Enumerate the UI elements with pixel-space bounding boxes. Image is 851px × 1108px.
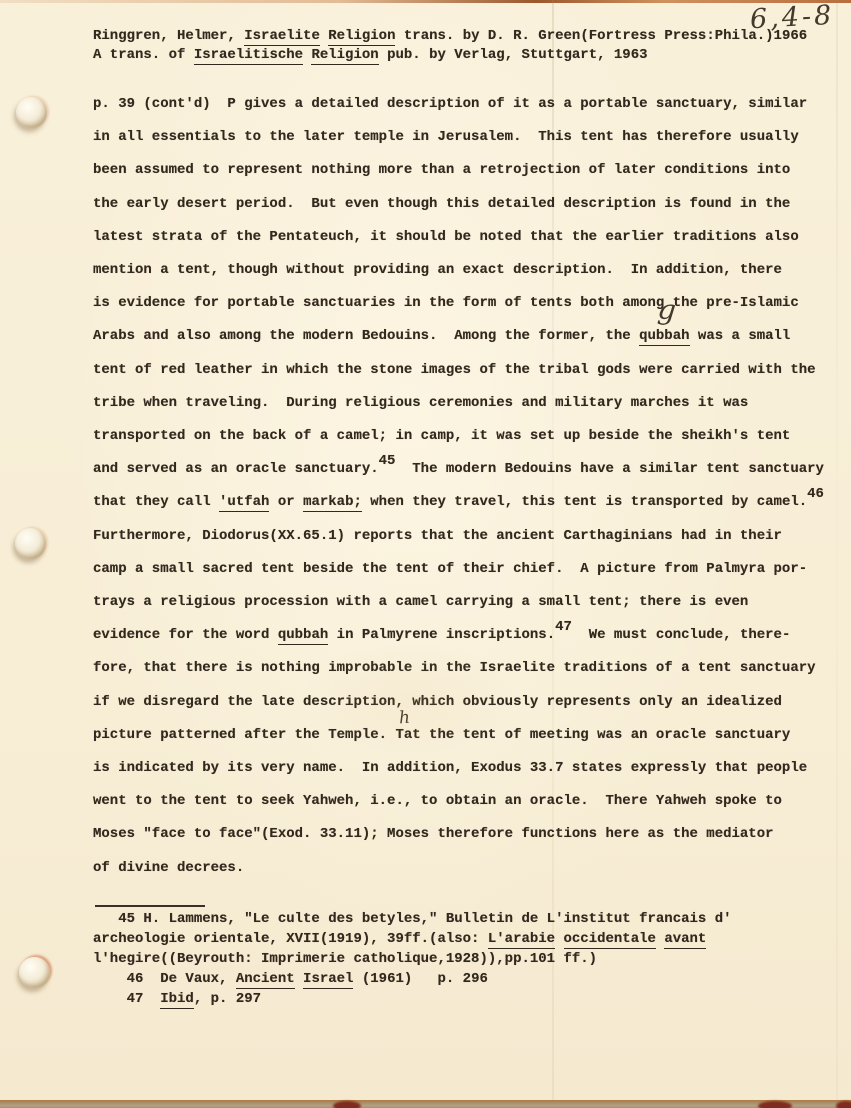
typed-text: 46 De Vaux, xyxy=(93,971,236,987)
underlined-text: qubbah xyxy=(278,627,328,645)
typed-text: l'hegire((Beyrouth: Imprimerie catholiqu… xyxy=(93,951,597,967)
bottom-edge-mark xyxy=(333,1101,361,1108)
typed-text: or xyxy=(269,494,303,510)
underlined-text: avant xyxy=(664,931,706,949)
typed-text: evidence for the word xyxy=(93,627,278,643)
typed-line: is evidence for portable sanctuaries in … xyxy=(93,287,824,320)
paper-crease-right xyxy=(836,0,838,1108)
typed-text: when they travel, this tent is transport… xyxy=(362,494,807,510)
typed-text: was a small xyxy=(690,328,791,344)
typed-text: in Palmyrene inscriptions. xyxy=(328,627,555,643)
typed-text: Moses "face to face"(Exod. 33.11); Moses… xyxy=(93,826,774,842)
typed-text xyxy=(320,28,328,44)
typed-line: 46 De Vaux, Ancient Israel (1961) p. 296 xyxy=(93,969,732,989)
page-top-edge xyxy=(0,0,851,3)
bottom-edge-mark xyxy=(836,1101,851,1108)
typed-text: tribe when traveling. During religious c… xyxy=(93,395,748,411)
underlined-text: Israelite xyxy=(244,28,320,46)
underlined-text: Ibid xyxy=(160,991,194,1009)
typed-line: mention a tent, though without providing… xyxy=(93,254,824,287)
typed-line: fore, that there is nothing improbable i… xyxy=(93,652,824,685)
typed-text: is evidence for portable sanctuaries in … xyxy=(93,295,799,311)
typed-text: latest strata of the Pentateuch, it shou… xyxy=(93,229,799,245)
body-lines: p. 39 (cont'd) P gives a detailed descri… xyxy=(93,88,824,885)
typed-line: tent of red leather in which the stone i… xyxy=(93,354,824,387)
typed-line: in all essentials to the later temple in… xyxy=(93,121,824,154)
punch-hole-middle xyxy=(15,528,46,559)
typed-line: archeologie orientale, XVII(1919), 39ff.… xyxy=(93,929,732,949)
typed-text: in all essentials to the later temple in… xyxy=(93,129,799,145)
footnote-reference: 45 xyxy=(379,453,396,469)
typed-text xyxy=(295,971,303,987)
typed-text: of divine decrees. xyxy=(93,860,244,876)
typed-line: camp a small sacred tent beside the tent… xyxy=(93,553,824,586)
typed-line: if we disregard the late description, wh… xyxy=(93,686,824,719)
typed-line: is indicated by its very name. In additi… xyxy=(93,752,824,785)
typed-text: A trans. of xyxy=(93,47,194,63)
typed-text: went to the tent to seek Yahweh, i.e., t… xyxy=(93,793,782,809)
underlined-text: 'utfah xyxy=(219,494,269,512)
typed-line: that they call 'utfah or markab; when th… xyxy=(93,486,824,519)
typed-text: and served as an oracle sanctuary. xyxy=(93,461,379,477)
typed-text: trans. by D. R. Green(Fortress Press:Phi… xyxy=(395,28,807,44)
footnote-reference: 46 xyxy=(807,486,824,502)
bottom-edge-mark xyxy=(758,1101,792,1108)
typed-line: been assumed to represent nothing more t… xyxy=(93,154,824,187)
typed-line: A trans. of Israelitische Religion pub. … xyxy=(93,46,807,65)
typed-text: trays a religious procession with a came… xyxy=(93,594,748,610)
typed-text: 47 xyxy=(93,991,160,1007)
underlined-text: Israelitische xyxy=(194,47,303,65)
typed-text: (1961) p. 296 xyxy=(353,971,487,987)
typed-line: Furthermore, Diodorus(XX.65.1) reports t… xyxy=(93,520,824,553)
typed-line: the early desert period. But even though… xyxy=(93,188,824,221)
typed-line: l'hegire((Beyrouth: Imprimerie catholiqu… xyxy=(93,949,732,969)
typed-text: that they call xyxy=(93,494,219,510)
typed-line: went to the tent to seek Yahweh, i.e., t… xyxy=(93,785,824,818)
typed-line: 47 Ibid, p. 297 xyxy=(93,989,732,1009)
typed-line: of divine decrees. xyxy=(93,852,824,885)
typed-line: Arabs and also among the modern Bedouins… xyxy=(93,320,824,353)
typed-line: p. 39 (cont'd) P gives a detailed descri… xyxy=(93,88,824,121)
underlined-text: Religion xyxy=(328,28,395,46)
underlined-text: Religion xyxy=(311,47,378,65)
typed-text: the early desert period. But even though… xyxy=(93,196,790,212)
typed-line: tribe when traveling. During religious c… xyxy=(93,387,824,420)
underlined-text: L'arabie xyxy=(488,931,555,949)
underlined-text: markab; xyxy=(303,494,362,512)
typed-line: Moses "face to face"(Exod. 33.11); Moses… xyxy=(93,818,824,851)
typed-line: Ringgren, Helmer, Israelite Religion tra… xyxy=(93,27,807,46)
typed-text: camp a small sacred tent beside the tent… xyxy=(93,561,807,577)
typed-text: Furthermore, Diodorus(XX.65.1) reports t… xyxy=(93,528,782,544)
typed-line: 45 H. Lammens, "Le culte des betyles," B… xyxy=(93,909,732,929)
typed-text: is indicated by its very name. In additi… xyxy=(93,760,807,776)
underlined-text: Ancient xyxy=(236,971,295,989)
typed-text: mention a tent, though without providing… xyxy=(93,262,782,278)
typed-line: trays a religious procession with a came… xyxy=(93,586,824,619)
typed-text: been assumed to represent nothing more t… xyxy=(93,162,790,178)
page-bottom-edge xyxy=(0,1100,851,1108)
punch-hole-bottom xyxy=(19,957,50,988)
typed-text: We must conclude, there- xyxy=(572,627,790,643)
typed-text xyxy=(555,931,563,947)
typed-text: The modern Bedouins have a similar tent … xyxy=(395,461,823,477)
underlined-text: qubbah xyxy=(639,328,689,346)
handwritten-g-correction: g xyxy=(656,292,677,327)
typed-text: p. 39 (cont'd) P gives a detailed descri… xyxy=(93,96,807,112)
scanned-typescript-page: 6,4-8 Ringgren, Helmer, Israelite Religi… xyxy=(0,0,851,1108)
underlined-text: Israel xyxy=(303,971,353,989)
typed-line: transported on the back of a camel; in c… xyxy=(93,420,824,453)
typed-line: and served as an oracle sanctuary.45 The… xyxy=(93,453,824,486)
footnote-reference: 47 xyxy=(555,619,572,635)
typed-text: , p. 297 xyxy=(194,991,261,1007)
typed-text: Arabs and also among the modern Bedouins… xyxy=(93,328,639,344)
typed-text: archeologie orientale, XVII(1919), 39ff.… xyxy=(93,931,488,947)
footnote-separator-line xyxy=(95,905,205,907)
typed-text: tent of red leather in which the stone i… xyxy=(93,362,816,378)
footnotes-lines: 45 H. Lammens, "Le culte des betyles," B… xyxy=(93,909,732,1009)
typed-text: pub. by Verlag, Stuttgart, 1963 xyxy=(379,47,648,63)
typed-text: 45 H. Lammens, "Le culte des betyles," B… xyxy=(93,911,732,927)
handwritten-h-correction: h xyxy=(398,708,410,729)
typed-text: transported on the back of a camel; in c… xyxy=(93,428,790,444)
typed-text: Ringgren, Helmer, xyxy=(93,28,244,44)
typed-text: fore, that there is nothing improbable i… xyxy=(93,660,816,676)
typed-line: picture patterned after the Temple. Tat … xyxy=(93,719,824,752)
header-lines: Ringgren, Helmer, Israelite Religion tra… xyxy=(93,27,807,65)
typed-text: picture patterned after the Temple. Tat … xyxy=(93,727,790,743)
underlined-text: occidentale xyxy=(564,931,656,949)
typed-line: evidence for the word qubbah in Palmyren… xyxy=(93,619,824,652)
punch-hole-top xyxy=(16,97,47,128)
typed-text: if we disregard the late description, wh… xyxy=(93,694,782,710)
typed-line: latest strata of the Pentateuch, it shou… xyxy=(93,221,824,254)
